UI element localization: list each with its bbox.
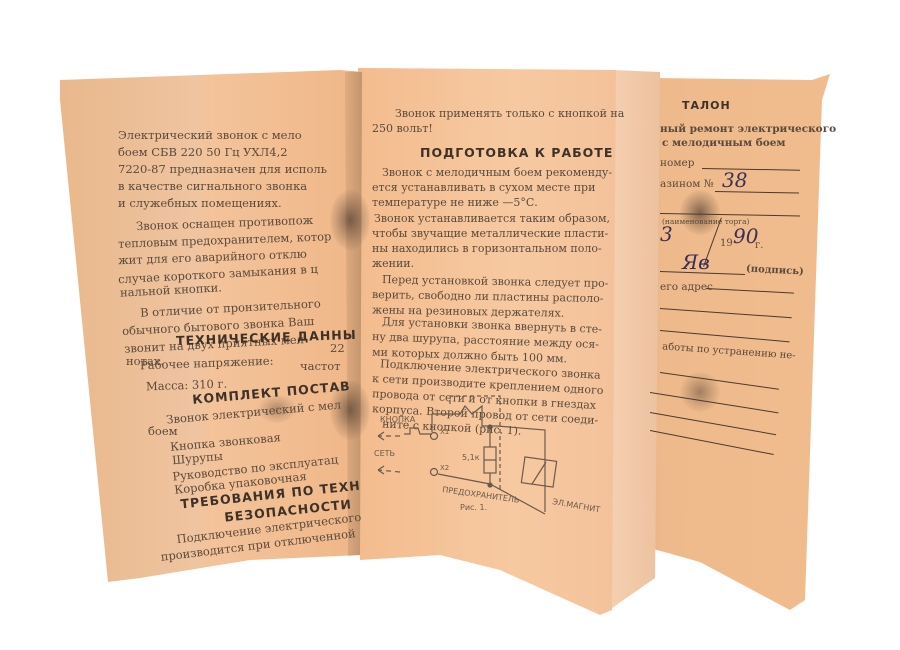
handwritten-date-day: 3 xyxy=(660,222,673,246)
frequency-label: частот xyxy=(300,358,341,374)
text-line: боем СБВ 220 50 Гц УХЛ4,2 xyxy=(118,144,288,160)
diagram-label-magnet: ЭЛ.МАГНИТ xyxy=(552,497,601,514)
circuit-diagram: КНОПКА СЕТЬ X1 X2 5,1к ПРЕДОХРАНИТЕЛЬ ЭЛ… xyxy=(360,392,620,522)
coupon-heading: ТАЛОН xyxy=(682,99,731,112)
text-line: ется устанавливать в сухом месте при xyxy=(372,180,595,196)
text-line: и служебных помещениях. xyxy=(118,195,282,211)
date-suffix: г. xyxy=(755,238,763,254)
diagram-terminal-2: X2 xyxy=(440,464,449,472)
text-line: Звонок с мелодичным боем рекоменду- xyxy=(382,165,612,181)
date-year-prefix: 19 xyxy=(720,236,733,252)
diagram-label-network: СЕТЬ xyxy=(374,449,395,458)
text-line: ны находились в горизонтальном поло- xyxy=(372,241,602,257)
text-line: Электрический звонок с мело xyxy=(118,127,302,143)
diagram-caption: Рис. 1. xyxy=(460,503,487,512)
diagram-terminal-1: X1 xyxy=(440,428,449,436)
diagram-label-fuse: ПРЕДОХРАНИТЕЛЬ xyxy=(442,485,520,505)
text-line: 7220-87 предназначен для исполь xyxy=(118,161,327,177)
diagram-label-button: КНОПКА xyxy=(380,415,416,424)
coupon-subtitle: с мелодичным боем xyxy=(662,135,786,151)
handwritten-signature: Яв xyxy=(682,250,710,274)
text-line: жении. xyxy=(372,256,414,272)
preparation-heading: ПОДГОТОВКА К РАБОТЕ xyxy=(420,145,613,160)
voltage-value: 22 xyxy=(330,340,345,356)
field-number-label: номер xyxy=(660,155,694,171)
text-line: чтобы звучащие металлические пласти- xyxy=(372,226,608,242)
diagram-resistor: 5,1к xyxy=(462,453,480,462)
warning-line: 250 вольт! xyxy=(372,121,433,137)
kit-item: боем xyxy=(148,423,178,439)
handwritten-shop-number: 38 xyxy=(722,168,747,192)
field-shop-label: азином № xyxy=(660,176,714,192)
signature-label: (подпись) xyxy=(746,262,804,281)
field-address-label: его адрес xyxy=(660,279,713,295)
text-line: Звонок устанавливается таким образом, xyxy=(374,211,610,227)
text-line: температуре не ниже —5°С. xyxy=(372,195,538,211)
stain xyxy=(330,190,370,250)
warning-line: Звонок применять только с кнопкой на xyxy=(395,106,624,122)
text-line: в качестве сигнального звонка xyxy=(118,178,307,194)
